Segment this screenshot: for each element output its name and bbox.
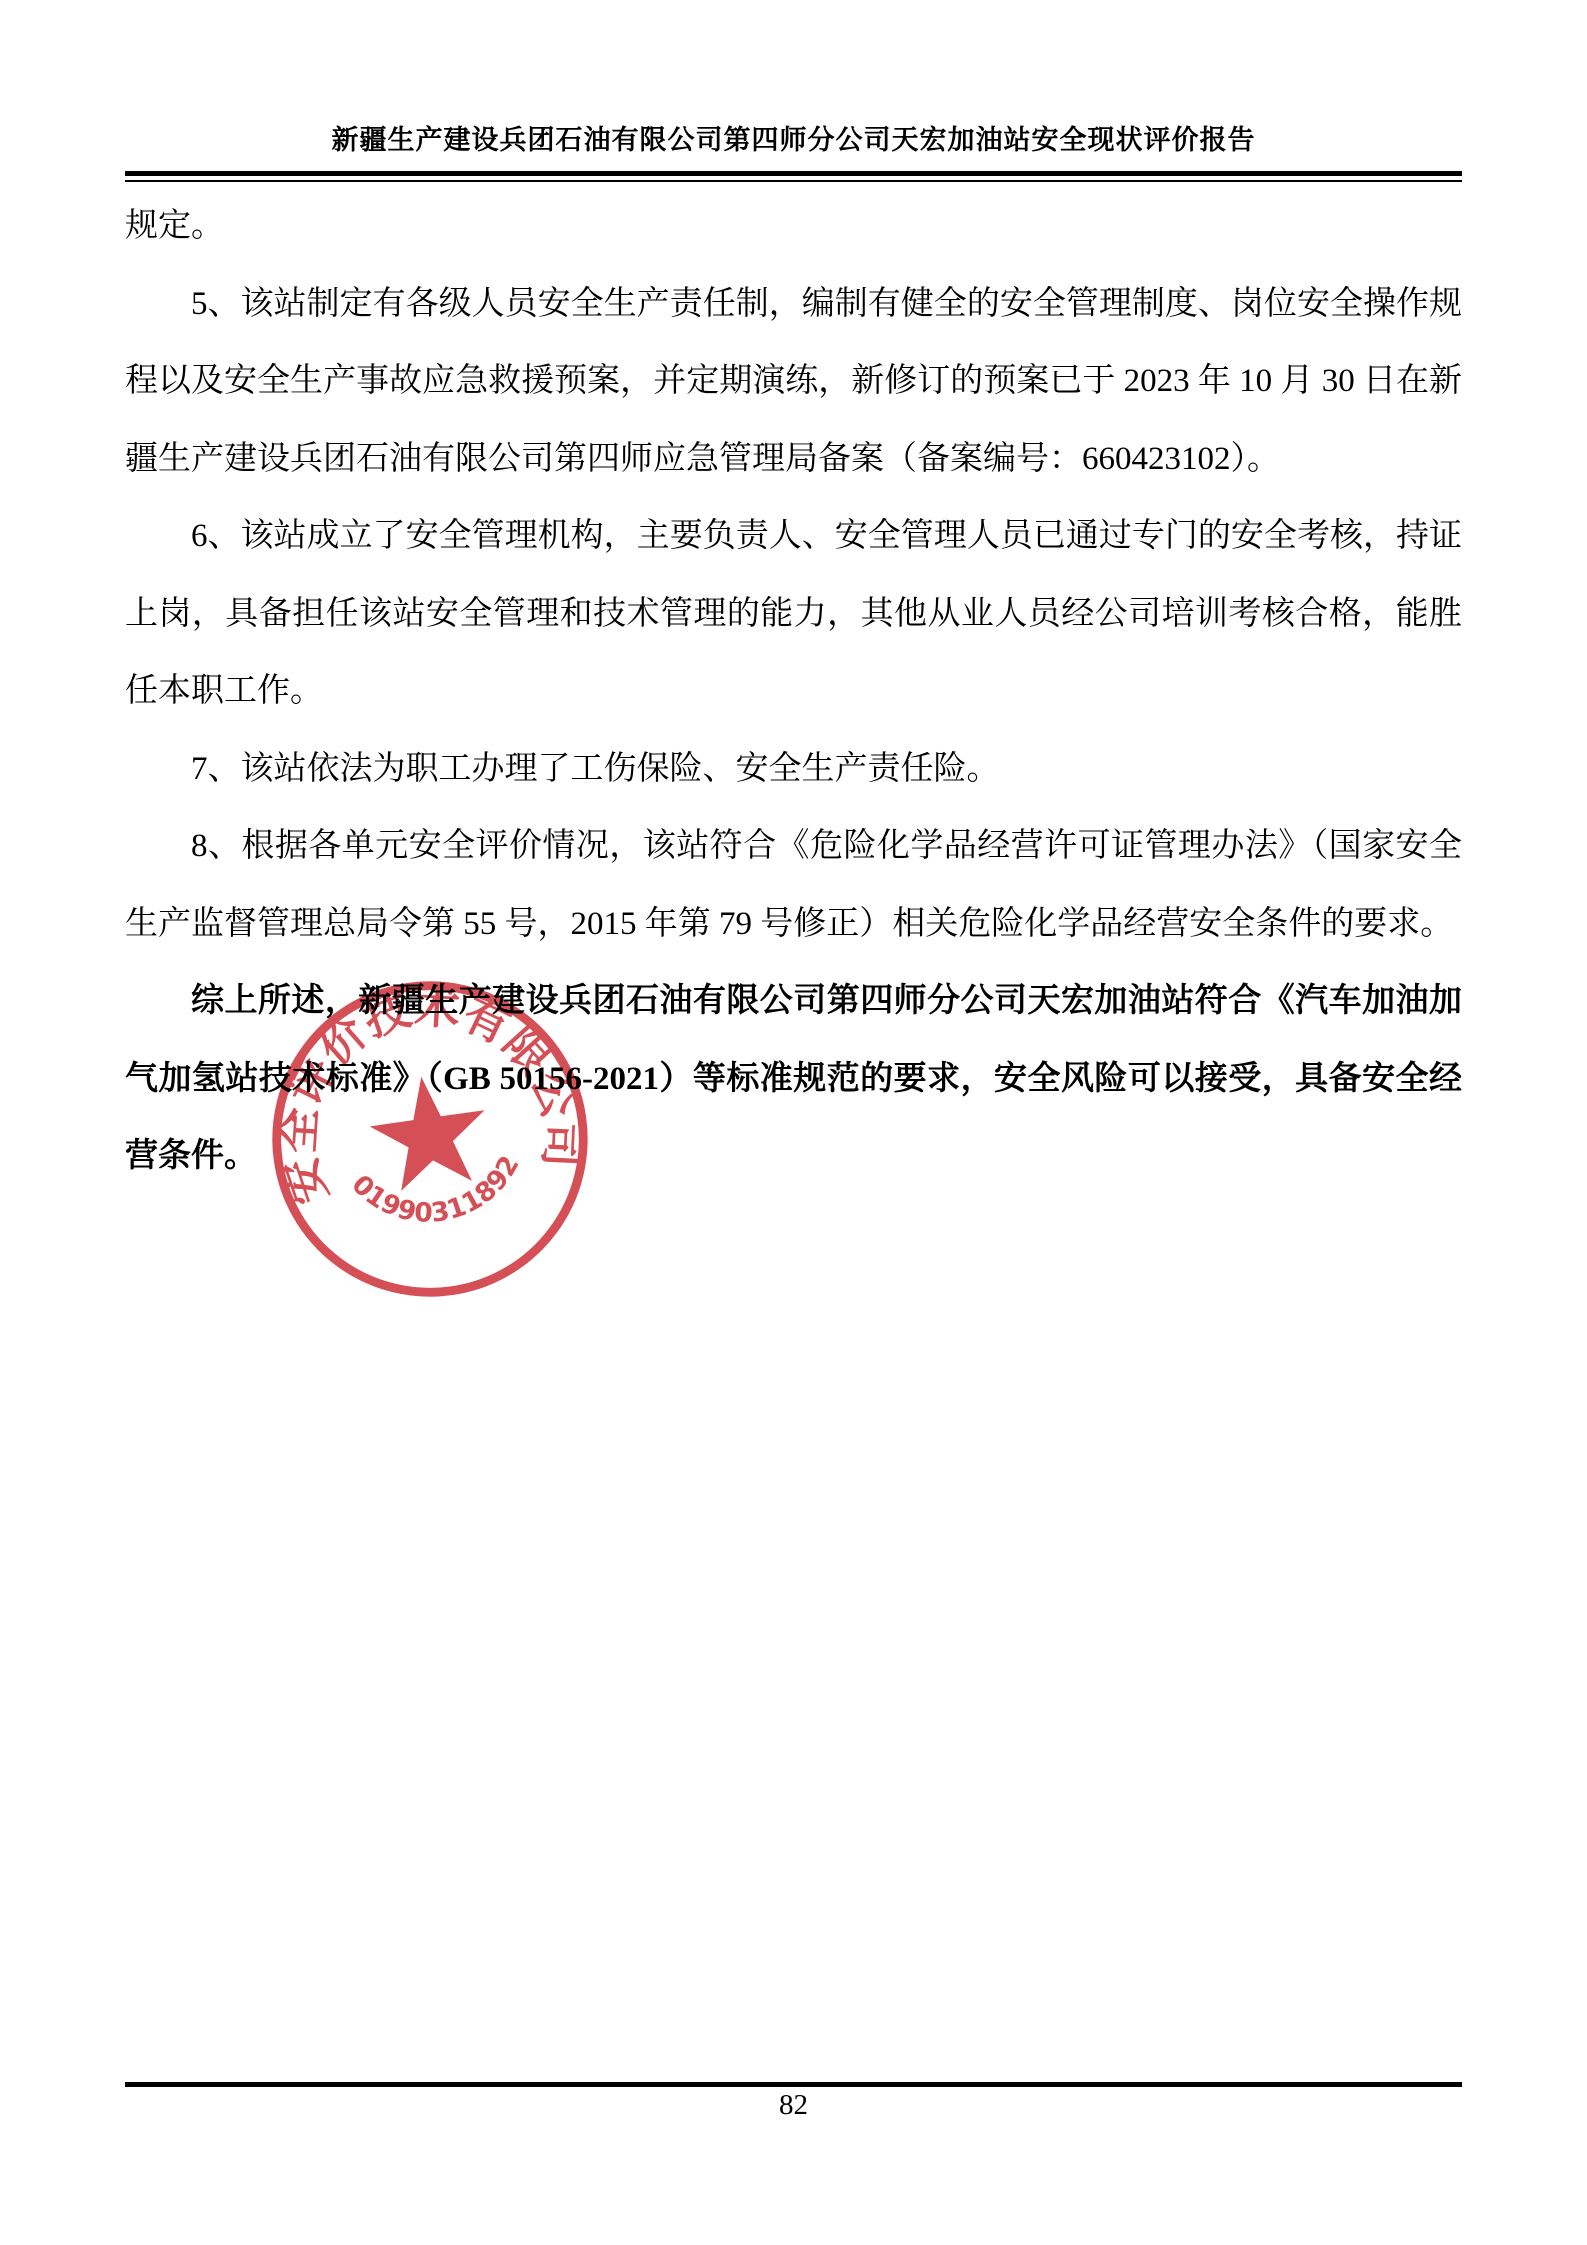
header-divider	[125, 171, 1462, 182]
paragraph-item-8: 8、根据各单元安全评价情况，该站符合《危险化学品经营许可证管理办法》（国家安全生…	[125, 808, 1462, 963]
paragraph-item-5: 5、该站制定有各级人员安全生产责任制，编制有健全的安全管理制度、岗位安全操作规程…	[125, 266, 1462, 499]
paragraph-continuation: 规定。	[125, 188, 1462, 266]
header-divider-thick-line	[125, 171, 1462, 176]
paragraph-conclusion: 综上所述，新疆生产建设兵团石油有限公司第四师分公司天宏加油站符合《汽车加油加气加…	[125, 963, 1462, 1196]
footer-divider	[125, 2082, 1462, 2087]
report-title: 新疆生产建设兵团石油有限公司第四师分公司天宏加油站安全现状评价报告	[0, 118, 1587, 157]
paragraph-item-6: 6、该站成立了安全管理机构，主要负责人、安全管理人员已通过专门的安全考核，持证上…	[125, 498, 1462, 731]
body-text: 规定。 5、该站制定有各级人员安全生产责任制，编制有健全的安全管理制度、岗位安全…	[125, 188, 1462, 1196]
document-page: 新疆生产建设兵团石油有限公司第四师分公司天宏加油站安全现状评价报告 规定。 5、…	[0, 0, 1587, 2245]
page-header: 新疆生产建设兵团石油有限公司第四师分公司天宏加油站安全现状评价报告	[0, 0, 1587, 182]
page-number: 82	[0, 2089, 1587, 2122]
paragraph-item-7: 7、该站依法为职工办理了工伤保险、安全生产责任险。	[125, 731, 1462, 809]
header-divider-thin-line	[125, 180, 1462, 182]
